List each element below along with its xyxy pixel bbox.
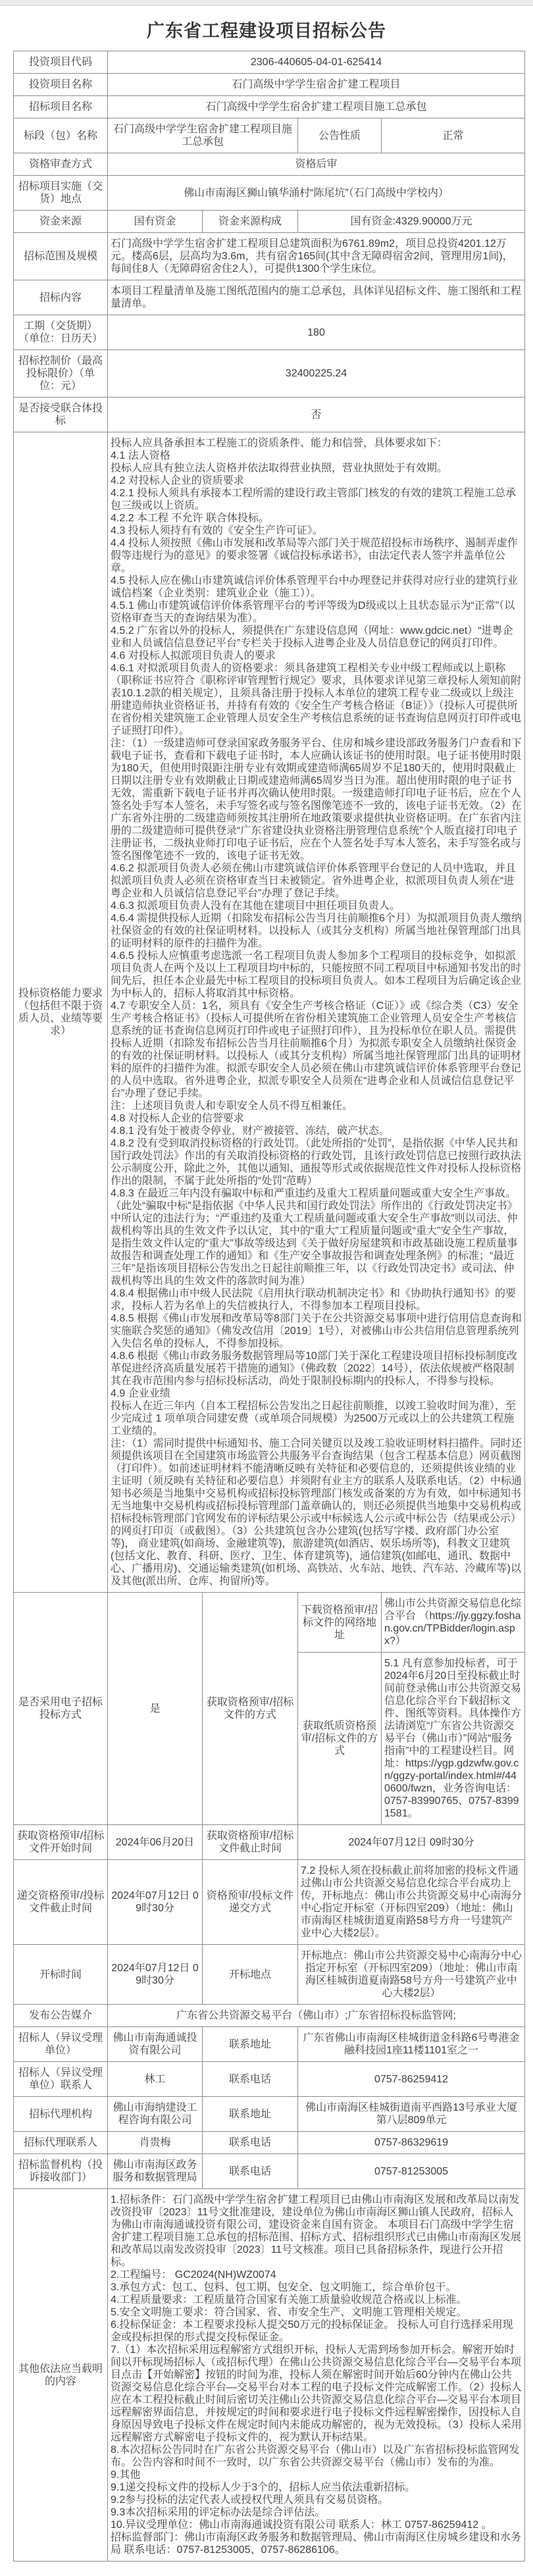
row-label-agency-address: 联系地址 bbox=[203, 2097, 298, 2132]
row-value-tenderer-address: 广东省佛山市南海区桂城街道金科路6号粤港金融科技园1座11楼1101室之一 bbox=[298, 2027, 525, 2062]
row-value-download-address: 佛山市公共资源交易信息化综合平台 （https://jy.ggzy.foshan… bbox=[382, 1593, 525, 1653]
row-label-media: 发布公告媒介 bbox=[14, 2005, 108, 2027]
table-row: 资格审查方式 资格后审 bbox=[14, 153, 525, 176]
row-value-agency-address: 佛山市南海区桂城街道南平西路13号承业大厦第八层809单元 bbox=[298, 2097, 525, 2132]
table-row: 标段（包）名称 石门高级中学学生宿舍扩建工程项目施工总承包 公告性质 正常 bbox=[14, 118, 525, 153]
table-row: 资金来源 国有资金 资金来源构成 国有资金:4329.90000万元 bbox=[14, 211, 525, 233]
row-label-submit-method: 资格预审/投标文件递交方式 bbox=[203, 1860, 298, 1945]
row-label-section-name: 标段（包）名称 bbox=[14, 118, 108, 153]
row-value-paper-doc-method: 5.1 凡有意参加投标者，可于2024年6月20日至投标截止时间前登录佛山市公共… bbox=[382, 1653, 525, 1825]
row-label-agency: 招标代理机构 bbox=[14, 2097, 108, 2132]
row-label-control-price: 招标控制价（最高投标限价）（单位：元） bbox=[14, 350, 108, 398]
row-value-tender-name: 石门高级中学学生宿舍扩建工程项目施工总承包 bbox=[108, 96, 525, 118]
table-row: 开标时间 2024年07月12日 09时30分 开标地点 开标地点：佛山市公共资… bbox=[14, 1945, 525, 2005]
row-label-consortium: 是否接受联合体投标 bbox=[14, 398, 108, 432]
row-label-bid-opening-time: 开标时间 bbox=[14, 1945, 108, 2005]
row-value-supervisor-phone: 0757-81253005 bbox=[298, 2154, 525, 2189]
table-row: 投标资格能力要求（包括但不限于资质人员、业绩等要求） 投标人应具备承担本工程施工… bbox=[14, 432, 525, 1593]
row-value-section-name: 石门高级中学学生宿舍扩建工程项目施工总承包 bbox=[108, 118, 298, 153]
row-value-consortium: 否 bbox=[108, 398, 525, 432]
row-label-agency-phone: 联系电话 bbox=[203, 2132, 298, 2154]
table-row: 发布公告媒介 广东省公共资源交易平台（佛山市）;广东省招标投标监管网; bbox=[14, 2005, 525, 2027]
row-value-other-items: 1.招标条件：石门高级中学学生宿舍扩建工程项目已由佛山市南海区发展和改革局以南发… bbox=[108, 2189, 525, 2562]
row-value-doc-obtain-start: 2024年06月20日 bbox=[108, 1825, 203, 1860]
row-label-bid-opening-place: 开标地点 bbox=[203, 1945, 298, 2005]
row-value-media: 广东省公共资源交易平台（佛山市）;广东省招标投标监管网; bbox=[108, 2005, 525, 2027]
row-value-tenderer-contact: 林工 bbox=[108, 2062, 203, 2097]
row-label-supervisor-phone: 联系电话 bbox=[203, 2154, 298, 2189]
row-value-notice-nature: 正常 bbox=[382, 118, 525, 153]
row-value-content: 本项目工程量清单及施工图纸范围内的施工总承包，具体详见招标文件、施工图纸和工程量… bbox=[108, 280, 525, 315]
row-label-supervisor: 招标监督机构（投诉接收部门） bbox=[14, 2154, 108, 2189]
row-label-project-name: 投资项目名称 bbox=[14, 74, 108, 96]
table-row: 招标人（异议受理单位）联系人 林工 联系电话 0757-86259412 bbox=[14, 2062, 525, 2097]
row-value-location: 佛山市南海区狮山镇华涌村“陈尾坑”（石门高级中学校内） bbox=[108, 176, 525, 211]
table-row: 其他依法应当载明的内容 1.招标条件：石门高级中学学生宿舍扩建工程项目已由佛山市… bbox=[14, 2189, 525, 2562]
table-row: 招标代理机构 佛山市海纳建设工程咨询有限公司 联系地址 佛山市南海区桂城街道南平… bbox=[14, 2097, 525, 2132]
row-value-funds-source: 国有资金 bbox=[108, 211, 203, 233]
row-label-paper-doc-method: 获取纸质资格预审/招标文件的方式 bbox=[298, 1653, 382, 1825]
table-row: 工期（交货期）（单位：日历天） 180 bbox=[14, 315, 525, 350]
row-label-other-items: 其他依法应当载明的内容 bbox=[14, 2189, 108, 2562]
row-value-e-bidding: 是 bbox=[108, 1593, 203, 1825]
table-row: 投资项目代码 2306-440605-04-01-625414 bbox=[14, 51, 525, 74]
row-label-tender-name: 招标项目名称 bbox=[14, 96, 108, 118]
row-value-duration: 180 bbox=[108, 315, 525, 350]
row-label-tenderer: 招标人（异议受理单位） bbox=[14, 2027, 108, 2062]
row-label-doc-obtain-method: 获取资格预审/招标文件的方式 bbox=[203, 1593, 298, 1825]
row-value-tenderer: 佛山市南海通诚投资有限公司 bbox=[108, 2027, 203, 2062]
row-value-bid-opening-place: 开标地点：佛山市公共资源交易中心南海分中心指定开标室（开标四室209）（地址：佛… bbox=[298, 1945, 525, 2005]
row-value-qualification-requirements: 投标人应具备承担本工程施工的资质条件、能力和信誉，具体要求如下： 4.1 法人资… bbox=[108, 432, 525, 1593]
row-value-scope: 石门高级中学学生宿舍扩建工程项目总建筑面积为6761.89m2，项目总投资420… bbox=[108, 233, 525, 280]
row-value-project-code: 2306-440605-04-01-625414 bbox=[108, 51, 525, 74]
table-row: 投资项目名称 石门高级中学学生宿舍扩建工程项目 bbox=[14, 74, 525, 96]
row-value-doc-obtain-end: 2024年07月12日 09时30分 bbox=[298, 1825, 525, 1860]
row-label-duration: 工期（交货期）（单位：日历天） bbox=[14, 315, 108, 350]
tender-announcement-table: 投资项目代码 2306-440605-04-01-625414 投资项目名称 石… bbox=[13, 51, 525, 2562]
row-label-notice-nature: 公告性质 bbox=[298, 118, 382, 153]
row-label-tenderer-contact: 招标人（异议受理单位）联系人 bbox=[14, 2062, 108, 2097]
row-label-project-code: 投资项目代码 bbox=[14, 51, 108, 74]
page-top-strip bbox=[0, 0, 533, 6]
row-value-qualification-review: 资格后审 bbox=[108, 153, 525, 176]
row-label-qualification-requirements: 投标资格能力要求（包括但不限于资质人员、业绩等要求） bbox=[14, 432, 108, 1593]
row-label-submit-deadline: 递交资格预审/投标文件截止时间 bbox=[14, 1860, 108, 1945]
row-label-e-bidding: 是否采用电子招标投标方式 bbox=[14, 1593, 108, 1825]
row-value-bid-opening-time: 2024年07月12日 09时30分 bbox=[108, 1945, 203, 2005]
table-row: 是否接受联合体投标 否 bbox=[14, 398, 525, 432]
row-value-submit-deadline: 2024年07月12日 09时30分 bbox=[108, 1860, 203, 1945]
row-label-content: 招标内容 bbox=[14, 280, 108, 315]
row-value-control-price: 32400225.24 bbox=[108, 350, 525, 398]
page-title: 广东省工程建设项目招标公告 bbox=[0, 16, 533, 42]
row-value-project-name: 石门高级中学学生宿舍扩建工程项目 bbox=[108, 74, 525, 96]
row-label-tenderer-phone: 联系电话 bbox=[203, 2062, 298, 2097]
row-value-submit-method: 7.2 投标人须在投标截止前将加密的投标文件通过佛山市公共资源交易信息化综合平台… bbox=[298, 1860, 525, 1945]
row-value-supervisor: 佛山市南海区政务服务和数据管理局 bbox=[108, 2154, 203, 2189]
row-value-funds-composition: 国有资金:4329.90000万元 bbox=[298, 211, 525, 233]
table-row: 递交资格预审/投标文件截止时间 2024年07月12日 09时30分 资格预审/… bbox=[14, 1860, 525, 1945]
row-label-download-address: 下载资格预审/招标文件的网络地址 bbox=[298, 1593, 382, 1653]
table-row: 招标范围及规模 石门高级中学学生宿舍扩建工程项目总建筑面积为6761.89m2，… bbox=[14, 233, 525, 280]
row-label-scope: 招标范围及规模 bbox=[14, 233, 108, 280]
table-row: 招标项目名称 石门高级中学学生宿舍扩建工程项目施工总承包 bbox=[14, 96, 525, 118]
row-value-agency-phone: 0757-86329619 bbox=[298, 2132, 525, 2154]
row-label-doc-obtain-end: 获取资格预审/招标文件截止时间 bbox=[203, 1825, 298, 1860]
row-label-doc-obtain-start: 获取资格预审/招标文件开始时间 bbox=[14, 1825, 108, 1860]
row-label-location: 招标项目实施（交货）地点 bbox=[14, 176, 108, 211]
row-value-agency-contact: 肖贵梅 bbox=[108, 2132, 203, 2154]
row-label-funds-source: 资金来源 bbox=[14, 211, 108, 233]
row-label-qualification-review: 资格审查方式 bbox=[14, 153, 108, 176]
table-row: 获取资格预审/招标文件开始时间 2024年06月20日 获取资格预审/招标文件截… bbox=[14, 1825, 525, 1860]
table-row: 招标监督机构（投诉接收部门） 佛山市南海区政务服务和数据管理局 联系电话 075… bbox=[14, 2154, 525, 2189]
row-value-agency: 佛山市海纳建设工程咨询有限公司 bbox=[108, 2097, 203, 2132]
row-label-tenderer-address: 联系地址 bbox=[203, 2027, 298, 2062]
table-row: 招标内容 本项目工程量清单及施工图纸范围内的施工总承包，具体详见招标文件、施工图… bbox=[14, 280, 525, 315]
row-label-agency-contact: 招标代理联系人 bbox=[14, 2132, 108, 2154]
table-row: 招标人（异议受理单位） 佛山市南海通诚投资有限公司 联系地址 广东省佛山市南海区… bbox=[14, 2027, 525, 2062]
row-label-funds-composition: 资金来源构成 bbox=[203, 211, 298, 233]
table-row: 是否采用电子招标投标方式 是 获取资格预审/招标文件的方式 下载资格预审/招标文… bbox=[14, 1593, 525, 1653]
table-row: 招标控制价（最高投标限价）（单位：元） 32400225.24 bbox=[14, 350, 525, 398]
table-row: 招标项目实施（交货）地点 佛山市南海区狮山镇华涌村“陈尾坑”（石门高级中学校内） bbox=[14, 176, 525, 211]
table-row: 招标代理联系人 肖贵梅 联系电话 0757-86329619 bbox=[14, 2132, 525, 2154]
row-value-tenderer-phone: 0757-86259412 bbox=[298, 2062, 525, 2097]
